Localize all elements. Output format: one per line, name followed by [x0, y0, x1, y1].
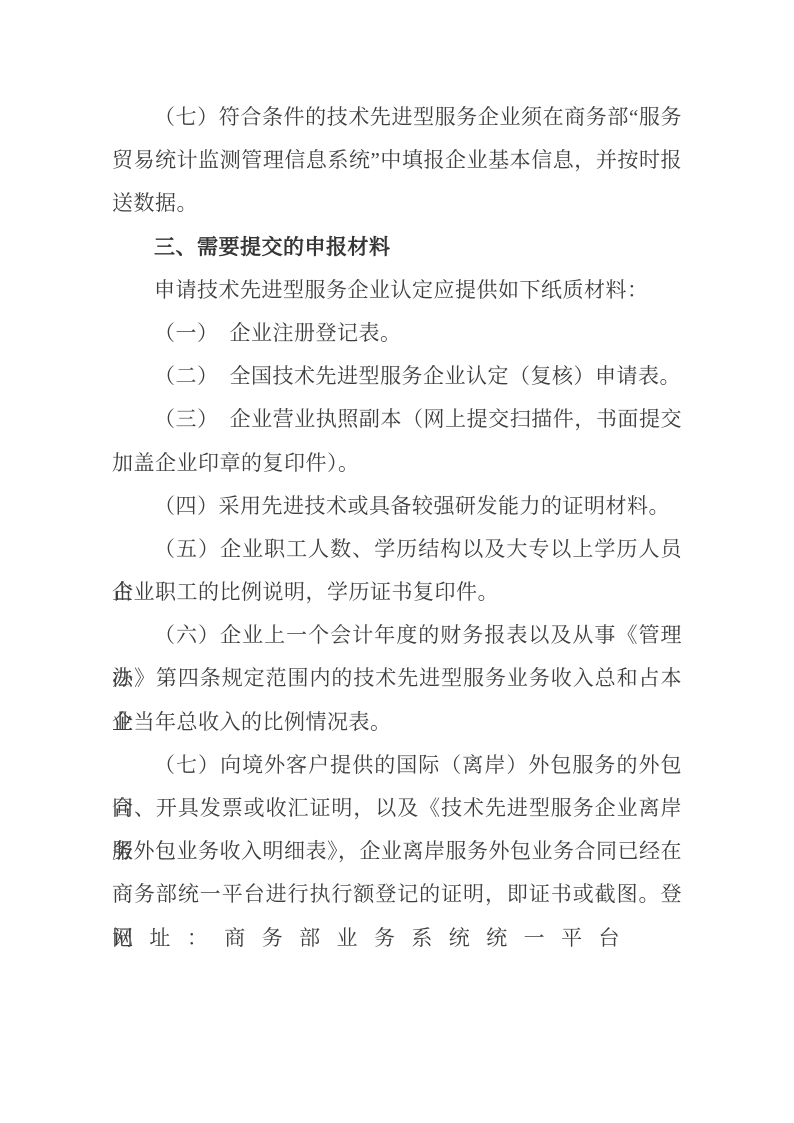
list-item-7-continuation: 商务部统一平台进行执行额登记的证明，即证书或截图。登记 [112, 873, 682, 916]
list-item-4: （四）采用先进技术或具备较强研发能力的证明材料。 [112, 485, 682, 528]
paragraph-line: 贸易统计监测管理信息系统”中填报企业基本信息，并按时报 [112, 139, 682, 182]
paragraph-line: （七）符合条件的技术先进型服务企业须在商务部“服务 [112, 96, 682, 139]
document-page: （七）符合条件的技术先进型服务企业须在商务部“服务 贸易统计监测管理信息系统”中… [0, 0, 794, 1123]
list-item-3-continuation: 加盖企业印章的复印件）。 [112, 442, 682, 485]
list-item-7: （七）向境外客户提供的国际（离岸）外包服务的外包合 [112, 744, 682, 787]
page-content: （七）符合条件的技术先进型服务企业须在商务部“服务 贸易统计监测管理信息系统”中… [112, 96, 682, 960]
list-item-5: （五）企业职工人数、学历结构以及大专以上学历人员占 [112, 528, 682, 571]
list-item-6: （六）企业上一个会计年度的财务报表以及从事《管理办 [112, 614, 682, 657]
list-item-6-continuation: 法》第四条规定范围内的技术先进型服务业务收入总和占本企 [112, 657, 682, 700]
list-item-1: （一） 企业注册登记表。 [112, 312, 682, 355]
list-item-7-continuation: 同、开具发票或收汇证明，以及《技术先进型服务企业离岸服 [112, 787, 682, 830]
list-item-5-continuation: 企业职工的比例说明，学历证书复印件。 [112, 571, 682, 614]
list-item-6-continuation: 业当年总收入的比例情况表。 [112, 701, 682, 744]
section-heading: 三、需要提交的申报材料 [112, 226, 682, 269]
list-item-7-continuation: 务外包业务收入明细表》，企业离岸服务外包业务合同已经在 [112, 830, 682, 873]
paragraph-line: 送数据。 [112, 182, 682, 225]
list-item-2: （二） 全国技术先进型服务企业认定（复核）申请表。 [112, 355, 682, 398]
list-item-3: （三） 企业营业执照副本（网上提交扫描件，书面提交 [112, 398, 682, 441]
registration-url-line: 网址：商务部业务系统统一平台 [112, 917, 620, 960]
paragraph-line: 申请技术先进型服务企业认定应提供如下纸质材料： [112, 269, 682, 312]
